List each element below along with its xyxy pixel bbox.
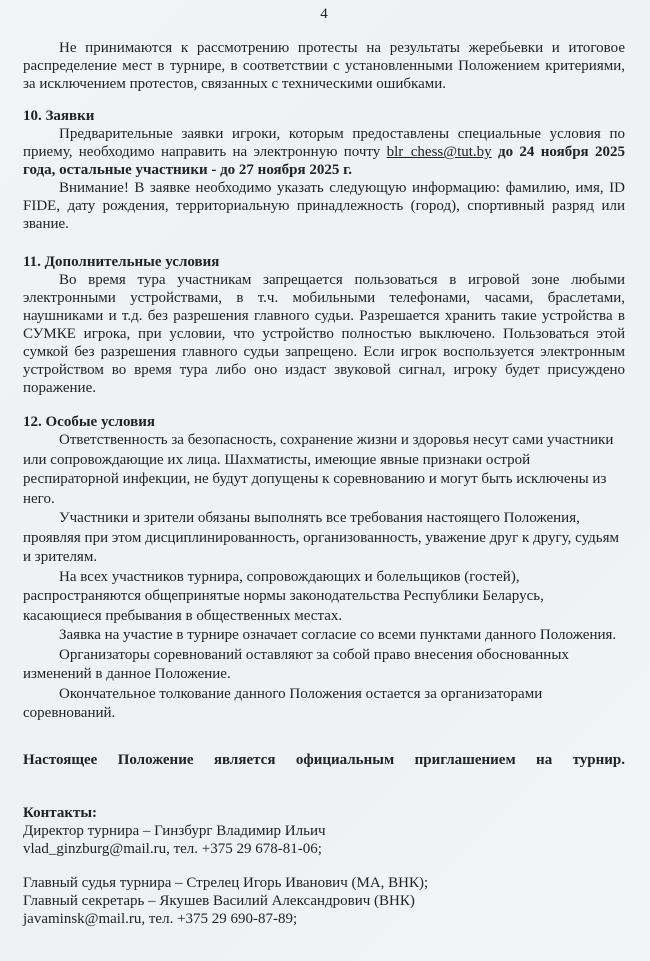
contact-chief-secretary: Главный секретарь – Якушев Василий Алекс… xyxy=(23,892,625,910)
section-12-paragraph-law: На всех участников турнира, сопровождающ… xyxy=(23,568,625,627)
official-invitation-statement: Настоящее Положение является официальным… xyxy=(23,751,625,769)
section-12-heading: 12. Особые условия xyxy=(23,413,625,431)
section-11-paragraph: Во время тура участникам запрещается пол… xyxy=(23,271,625,397)
section-12-paragraph-agreement: Заявка на участие в турнире означает сог… xyxy=(23,626,625,646)
section-10-paragraph-applications: Предварительные заявки игроки, которым п… xyxy=(23,125,625,179)
section-11-heading: 11. Дополнительные условия xyxy=(23,253,625,271)
section-12-paragraph-amendments: Организаторы соревнований оставляют за с… xyxy=(23,646,625,685)
section-12-paragraph-interpretation: Окончательное толкование данного Положен… xyxy=(23,685,625,724)
contact-director-email-phone: vlad_ginzburg@mail.ru, тел. +375 29 678-… xyxy=(23,840,625,858)
contact-secretary-email-phone: javaminsk@mail.ru, тел. +375 29 690-87-8… xyxy=(23,910,625,928)
section-10-heading: 10. Заявки xyxy=(23,107,625,125)
contact-chief-arbiter: Главный судья турнира – Стрелец Игорь Ив… xyxy=(23,874,625,892)
document-page: 4 Не принимаются к рассмотрению протесты… xyxy=(0,0,650,961)
contact-director-name: Директор турнира – Гинзбург Владимир Иль… xyxy=(23,822,625,840)
page-number: 4 xyxy=(23,5,625,23)
email-link-blr-chess[interactable]: blr_chess@tut.by xyxy=(387,144,492,160)
section-10-paragraph-attention: Внимание! В заявке необходимо указать сл… xyxy=(23,179,625,233)
section-12-paragraph-responsibility: Ответственность за безопасность, сохране… xyxy=(23,431,625,509)
section-12-paragraph-discipline: Участники и зрители обязаны выполнять вс… xyxy=(23,509,625,568)
contacts-heading: Контакты: xyxy=(23,804,625,822)
intro-paragraph: Не принимаются к рассмотрению протесты н… xyxy=(23,39,625,93)
